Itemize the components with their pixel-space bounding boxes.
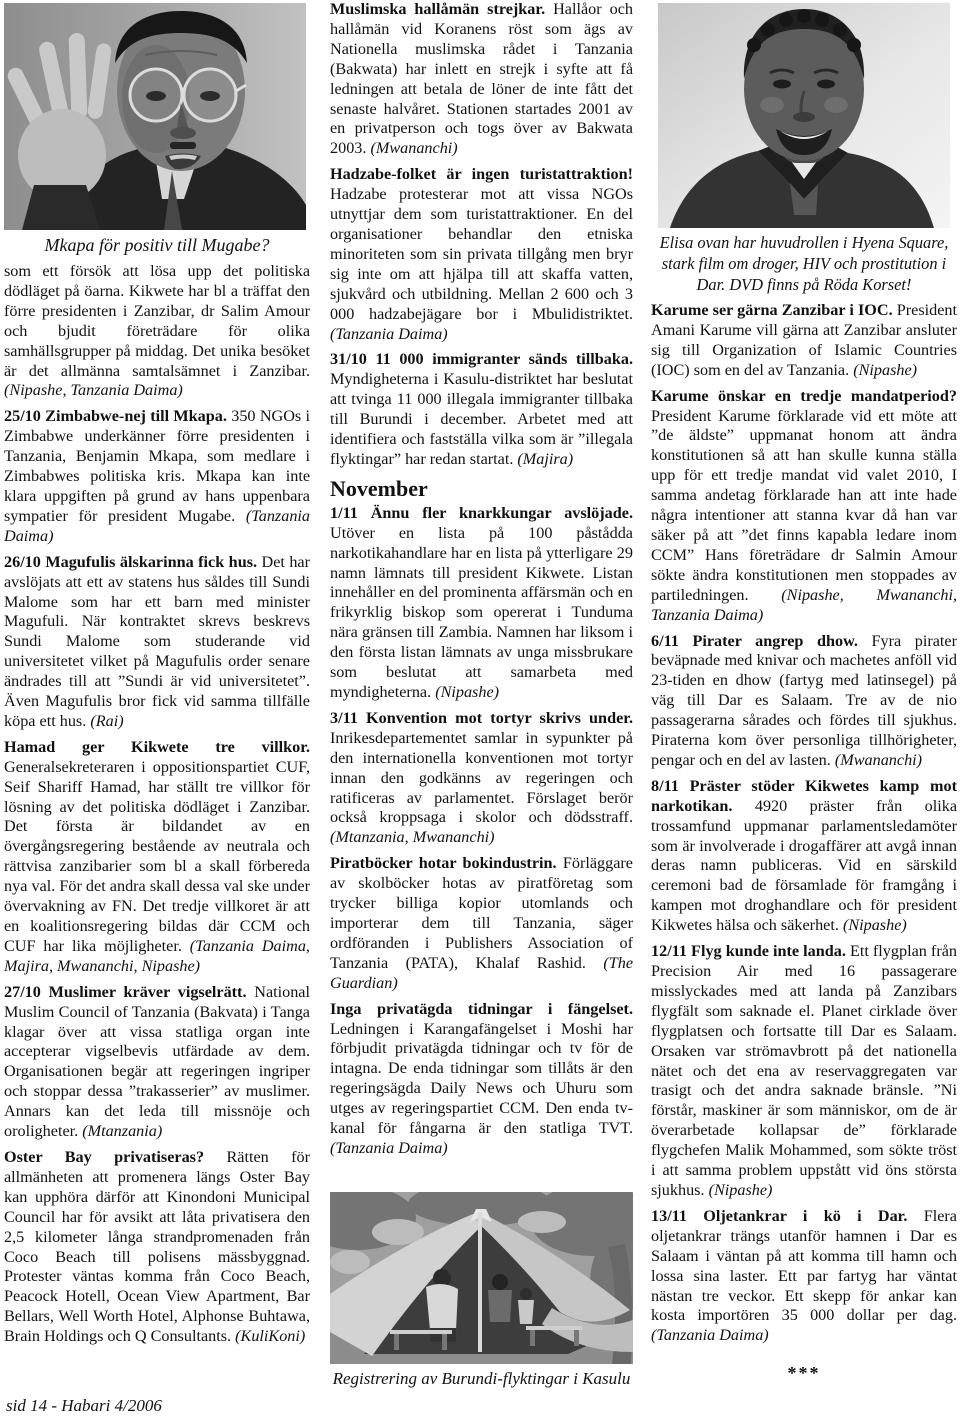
middle-column-text: Muslimska hallåmän strejkar. Hallåor och… — [330, 0, 633, 1188]
middle-column: Muslimska hallåmän strejkar. Hallåor och… — [330, 0, 633, 1424]
left-column: Mkapa för positiv till Mugabe? som ett f… — [4, 0, 310, 1424]
right-column-text: Karume ser gärna Zanzibar i IOC. Preside… — [651, 301, 957, 1361]
middle-paragraph-2: Hadzabe-folket är ingen turistattraktion… — [330, 165, 633, 344]
refugee-camp-figure: Registrering av Burundi-flyktingar i Kas… — [330, 1192, 633, 1391]
elisa-photo-caption: Elisa ovan har huvudrollen i Hyena Squar… — [651, 232, 957, 295]
right-paragraph-1: Karume ser gärna Zanzibar i IOC. Preside… — [651, 301, 957, 381]
left-paragraph-1: som ett försök att lösa upp det politisk… — [4, 262, 310, 401]
left-paragraph-5: 27/10 Muslimer kräver vigselrätt. Nation… — [4, 983, 310, 1142]
right-paragraph-6: 13/11 Oljetankrar i kö i Dar. Flera olje… — [651, 1207, 957, 1346]
right-paragraph-5: 12/11 Flyg kunde inte landa. Ett flygpla… — [651, 942, 957, 1201]
elisa-portrait-photo — [658, 3, 950, 228]
end-mark: *** — [651, 1363, 957, 1384]
mkapa-photo-caption: Mkapa för positiv till Mugabe? — [4, 232, 310, 258]
middle-paragraph-6: Piratböcker hotar bokindustrin. Förlägga… — [330, 854, 633, 993]
right-paragraph-2: Karume önskar en tredje mandatperiod? Pr… — [651, 387, 957, 626]
newsletter-page: Mkapa för positiv till Mugabe? som ett f… — [0, 0, 960, 1424]
left-paragraph-4: Hamad ger Kikwete tre villkor. Generalse… — [4, 738, 310, 977]
refugee-camp-photo — [330, 1192, 633, 1364]
middle-paragraph-7: Inga privatägda tidningar i fängelset. L… — [330, 1000, 633, 1159]
right-paragraph-4: 8/11 Präster stöder Kikwetes kamp mot na… — [651, 777, 957, 936]
right-column: Elisa ovan har huvudrollen i Hyena Squar… — [651, 0, 957, 1424]
middle-paragraph-4: 1/11 Ännu fler knarkkungar avslöjade. Ut… — [330, 504, 633, 703]
right-paragraph-3: 6/11 Pirater angrep dhow. Fyra pirater b… — [651, 632, 957, 771]
left-paragraph-2: 25/10 Zimbabwe-nej till Mkapa. 350 NGOs … — [4, 407, 310, 546]
page-footer: sid 14 - Habari 4/2006 — [6, 1396, 162, 1416]
middle-paragraph-5: 3/11 Konvention mot tortyr skrivs under.… — [330, 709, 633, 848]
refugee-photo-caption: Registrering av Burundi-flyktingar i Kas… — [330, 1367, 633, 1391]
left-column-text: som ett försök att lösa upp det politisk… — [4, 262, 310, 1390]
left-paragraph-6: Oster Bay privatiseras? Rätten för allmä… — [4, 1148, 310, 1347]
middle-paragraph-1: Muslimska hallåmän strejkar. Hallåor och… — [330, 0, 633, 159]
november-section-heading: November — [330, 476, 633, 502]
mkapa-mugabe-photo — [4, 3, 306, 230]
left-paragraph-3: 26/10 Magufulis älskarinna fick hus. Det… — [4, 553, 310, 732]
middle-paragraph-3: 31/10 11 000 immigranter sänds tillbaka.… — [330, 350, 633, 469]
mkapa-figure: Mkapa för positiv till Mugabe? — [4, 3, 310, 258]
elisa-figure: Elisa ovan har huvudrollen i Hyena Squar… — [651, 3, 957, 295]
